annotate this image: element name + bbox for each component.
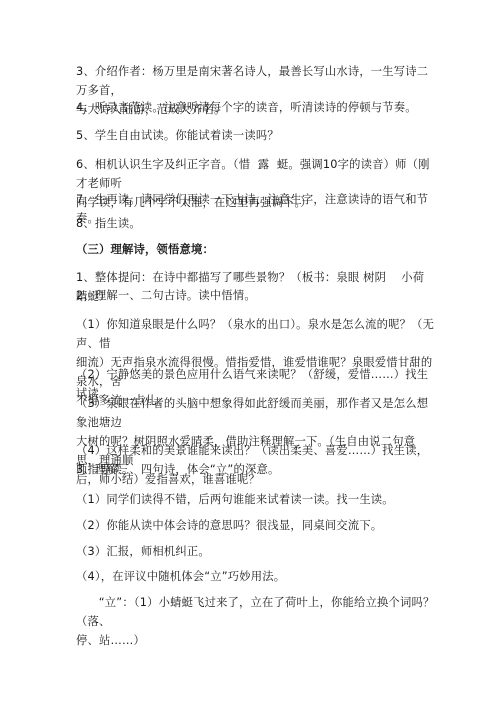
paragraph-li-usage: （4），在评议中随机体会“立”巧妙用法。 [76,567,436,586]
paragraph-lines-three-four: 3、理解三、四句诗，体会“立”的深意。 [76,460,436,479]
section-heading: （三）理解诗，领悟意境： [76,240,436,259]
paragraph-free-reading: 5、学生自由试读。你能试着读一读吗？ [76,126,436,145]
paragraph-listen-recording: 4、听录音范读。注意听清每个字的读音，听清读诗的停顿与节奏。 [76,98,436,117]
paragraph-try-reading: （1）同学们读得不错，后两句谁能来试着读一读。找一生读。 [76,490,436,509]
document-page: 3、介绍作者：杨万里是南宋著名诗人，最善长写山水诗，一生写诗二万多首， 与大诗人… [0,0,500,707]
paragraph-understand-meaning: （2）你能从读中体会诗的意思吗？很浅显，同桌间交流下。 [76,516,436,535]
paragraph-li-example: “立”：（1）小蜻蜓飞过来了，立在了荷叶上，你能给立换个词吗？（落、 停、站……… [76,593,436,650]
paragraph-report: （3）汇报，师相机纠正。 [76,542,436,561]
paragraph-designated-reading: 8、指生读。 [76,214,436,233]
paragraph-lines-one-two: 2、理解一、二句古诗。读中悟情。 [76,286,436,305]
